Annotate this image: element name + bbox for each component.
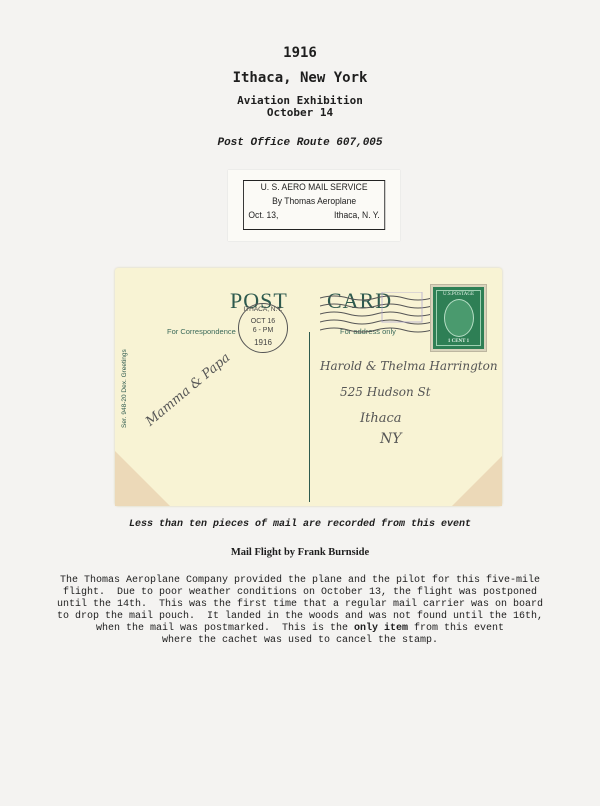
washington-stamp-icon: U.S.POSTAGE 1 CENT 1 <box>431 285 486 351</box>
postmark-year: 1916 <box>239 338 287 347</box>
postmark-time: 6 - PM <box>239 327 287 334</box>
description-line: where the cachet was used to cancel the … <box>0 635 600 647</box>
cancel-wavy-lines-icon <box>320 292 432 342</box>
address-line-2: 525 Hudson St <box>340 385 431 399</box>
description-line: The Thomas Aeroplane Company provided th… <box>0 575 600 587</box>
cachet-line-1: U. S. AERO MAIL SERVICE <box>244 181 384 195</box>
cachet-date: Oct. 13, <box>248 209 278 223</box>
description-line: when the mail was postmarked. This is th… <box>0 623 600 635</box>
place-heading: Ithaca, New York <box>0 70 600 86</box>
cachet-place: Ithaca, N. Y. <box>334 209 380 223</box>
stamp-value: 1 CENT 1 <box>437 339 480 344</box>
only-item-emphasis: only item <box>354 623 408 634</box>
description-line: to drop the mail pouch. It landed in the… <box>0 611 600 623</box>
section-subtitle: Mail Flight by Frank Burnside <box>0 547 600 558</box>
postmark-date: OCT 16 <box>239 318 287 325</box>
stamp-top-text: U.S.POSTAGE <box>437 292 480 297</box>
address-line-1: Harold & Thelma Harrington <box>320 359 498 373</box>
line5-post: from this event <box>408 623 504 634</box>
description-line: flight. Due to poor weather conditions o… <box>0 587 600 599</box>
rarity-note: Less than ten pieces of mail are recorde… <box>0 519 600 530</box>
cachet-stamp: U. S. AERO MAIL SERVICE By Thomas Aeropl… <box>243 180 385 230</box>
line5-pre: when the mail was postmarked. This is th… <box>96 623 354 634</box>
publisher-text: Ser. 948-20 Dex. Greetings <box>121 349 128 428</box>
cachet-line-2: By Thomas Aeroplane <box>244 195 384 209</box>
handwritten-signature: Mamma & Papa <box>143 350 233 429</box>
route-label: Post Office Route 607,005 <box>0 137 600 149</box>
cachet-line-3: Oct. 13, Ithaca, N. Y. <box>244 209 384 223</box>
photo-corner-left <box>115 451 170 506</box>
event-date: October 14 <box>0 107 600 119</box>
postcard-image: POST CARD For Correspondence For address… <box>115 268 502 506</box>
event-heading: Aviation Exhibition October 14 <box>0 95 600 119</box>
stamp-portrait-icon <box>444 299 474 337</box>
address-line-4: NY <box>380 431 402 447</box>
description-text: The Thomas Aeroplane Company provided th… <box>0 575 600 647</box>
postcard-divider <box>309 332 310 502</box>
correspondence-label: For Correspondence <box>167 327 236 336</box>
address-line-3: Ithaca <box>360 411 402 426</box>
stamp-frame: U.S.POSTAGE 1 CENT 1 <box>436 290 481 346</box>
postmark-circle: ITHACA, N.Y. OCT 16 6 - PM 1916 <box>238 303 288 353</box>
photo-corner-right <box>452 456 502 506</box>
postmark-city: ITHACA, N.Y. <box>239 306 287 313</box>
description-line: until the 14th. This was the first time … <box>0 599 600 611</box>
cachet-cutout: U. S. AERO MAIL SERVICE By Thomas Aeropl… <box>228 170 400 241</box>
year-heading: 1916 <box>0 45 600 61</box>
